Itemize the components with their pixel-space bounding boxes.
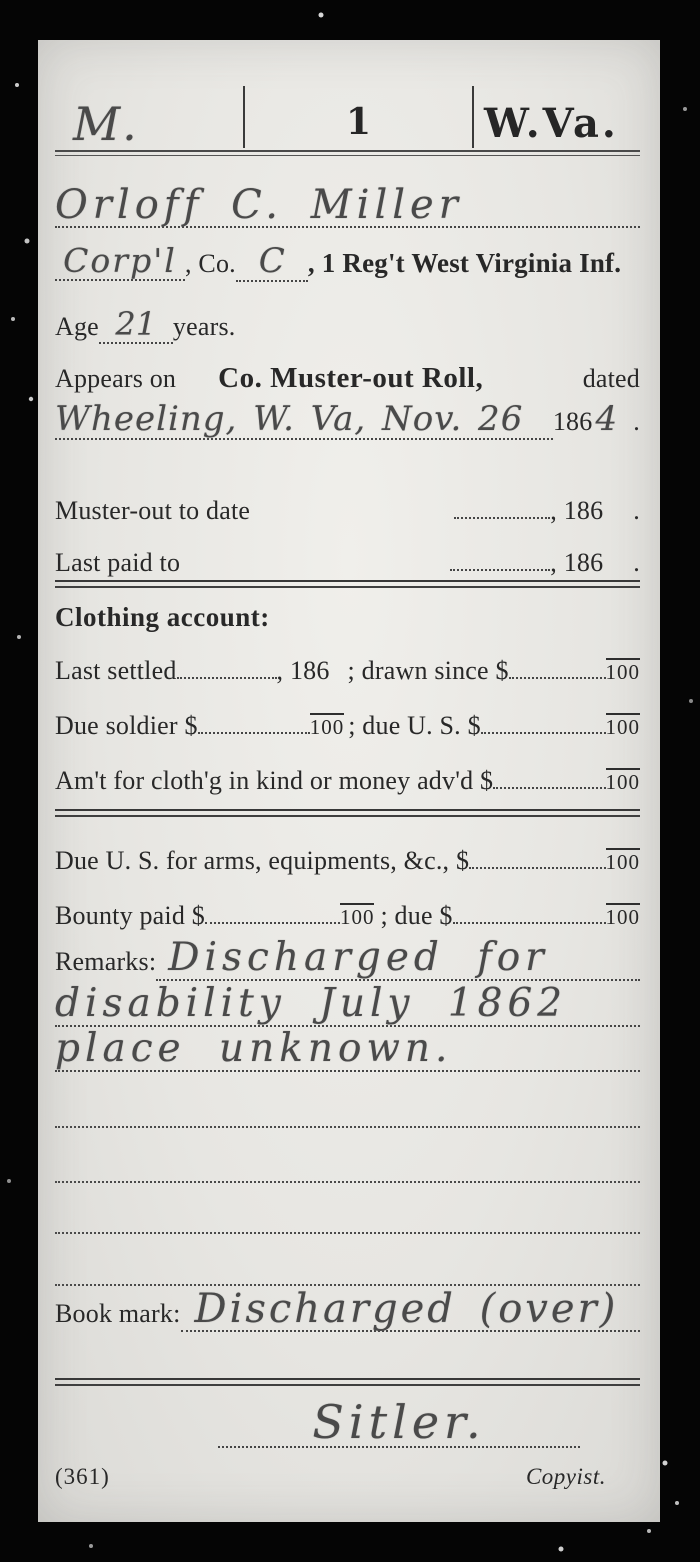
- card-footer: (361) Copyist.: [55, 1464, 640, 1490]
- clothing-heading-row: Clothing account:: [55, 602, 640, 633]
- last-paid-period: .: [633, 548, 640, 578]
- muster-out-label: Muster-out to date: [55, 496, 250, 526]
- due-us-cents: 100: [606, 713, 641, 738]
- due-arms-label: Due U. S. for arms, equipments, &c., $: [55, 846, 469, 876]
- place-date-row: Wheeling, W. Va, Nov. 26 186 4 .: [55, 402, 640, 440]
- scan-frame: M. 1 W.Va. Orloff C. Miller Corp'l , Co.…: [0, 0, 700, 1562]
- year-period: .: [633, 407, 640, 437]
- due-soldier-cents: 100: [310, 713, 345, 738]
- roll-title: Co. Muster-out Roll,: [218, 362, 483, 395]
- muster-out-card: M. 1 W.Va. Orloff C. Miller Corp'l , Co.…: [38, 40, 660, 1522]
- remarks-label: Remarks:: [55, 947, 156, 977]
- remarks-row: disability July 1862: [55, 984, 640, 1027]
- year-handwritten: 4: [595, 402, 617, 438]
- appears-prefix: Appears on: [55, 364, 176, 394]
- bounty-due-label: ; due $: [380, 901, 452, 931]
- remarks-line2: disability July 1862: [55, 981, 567, 1026]
- remarks-row: Remarks: Discharged for: [55, 938, 640, 981]
- soldier-name: Orloff C. Miller: [55, 182, 463, 228]
- name-row: Orloff C. Miller: [55, 184, 640, 228]
- book-mark-value: Discharged (over): [195, 1286, 619, 1332]
- muster-out-year: , 186: [550, 496, 603, 526]
- age-row: Age 21 years.: [55, 308, 640, 344]
- drawn-since-cents: 100: [606, 658, 641, 683]
- header-number-cell: 1: [243, 86, 472, 148]
- section-rule: [55, 809, 640, 817]
- plate-number: (361): [55, 1464, 110, 1490]
- age-label: Age: [55, 312, 99, 342]
- last-settled-row: Last settled , 186 ; drawn since $ 100: [55, 656, 640, 686]
- header-state-cell: W.Va.: [472, 86, 640, 148]
- remarks-line1: Discharged for: [168, 935, 549, 980]
- header-number: 1: [346, 104, 371, 148]
- company-label: , Co.: [185, 249, 236, 279]
- regiment-label: , 1 Reg't West Virginia Inf.: [308, 248, 621, 279]
- book-mark-label: Book mark:: [55, 1299, 181, 1329]
- muster-out-row: Muster-out to date , 186 .: [55, 496, 640, 526]
- last-paid-year: , 186: [550, 548, 603, 578]
- header-letter: M.: [73, 100, 139, 148]
- clothing-heading: Clothing account:: [55, 602, 270, 633]
- due-soldier-label: Due soldier $: [55, 711, 198, 741]
- last-paid-row: Last paid to , 186 .: [55, 548, 640, 578]
- due-arms-row: Due U. S. for arms, equipments, &c., $ 1…: [55, 846, 640, 876]
- due-soldier-row: Due soldier $ 100 ; due U. S. $ 100: [55, 711, 640, 741]
- header-rule: [55, 150, 640, 156]
- rank-row: Corp'l , Co. C , 1 Reg't West Virginia I…: [55, 244, 640, 282]
- muster-out-period: .: [633, 496, 640, 526]
- remarks-line3: place unknown.: [55, 1026, 452, 1071]
- card-header: M. 1 W.Va.: [55, 86, 640, 148]
- age-value: 21: [115, 305, 156, 343]
- soldier-rank: Corp'l: [63, 241, 177, 280]
- amt-clothing-label: Am't for cloth'g in kind or money adv'd …: [55, 766, 493, 796]
- drawn-since-label: ; drawn since $: [348, 656, 509, 686]
- signature-line: Sitler.: [218, 1398, 580, 1448]
- book-mark-row: Book mark: Discharged (over): [55, 1288, 640, 1332]
- dated-label: dated: [583, 364, 640, 394]
- amt-clothing-row: Am't for cloth'g in kind or money adv'd …: [55, 766, 640, 796]
- last-settled-label: Last settled: [55, 656, 177, 686]
- appears-row: Appears on Co. Muster-out Roll, dated: [55, 362, 640, 395]
- due-us-label: ; due U. S. $: [348, 711, 481, 741]
- blank-write-line: [55, 1126, 640, 1128]
- due-arms-cents: 100: [606, 848, 641, 873]
- section-rule: [55, 580, 640, 588]
- copyist-label: Copyist.: [526, 1464, 606, 1490]
- last-paid-label: Last paid to: [55, 548, 180, 578]
- amt-clothing-cents: 100: [606, 768, 641, 793]
- section-rule: [55, 1378, 640, 1386]
- soldier-company: C: [259, 241, 285, 281]
- age-suffix: years.: [173, 312, 236, 342]
- copyist-signature: Sitler.: [312, 1395, 485, 1449]
- scan-speckles: [0, 0, 2, 2]
- blank-write-line: [55, 1232, 640, 1234]
- bounty-due-cents: 100: [606, 903, 641, 928]
- header-state: W.Va.: [484, 104, 619, 148]
- bounty-cents: 100: [340, 903, 375, 928]
- blank-write-line: [55, 1181, 640, 1183]
- last-settled-year: , 186: [277, 656, 330, 686]
- remarks-row: place unknown.: [55, 1029, 640, 1072]
- bounty-row: Bounty paid $ 100 ; due $ 100: [55, 901, 640, 931]
- year-printed: 186: [553, 407, 593, 437]
- place-date-handwriting: Wheeling, W. Va, Nov. 26: [55, 399, 523, 439]
- bounty-label: Bounty paid $: [55, 901, 205, 931]
